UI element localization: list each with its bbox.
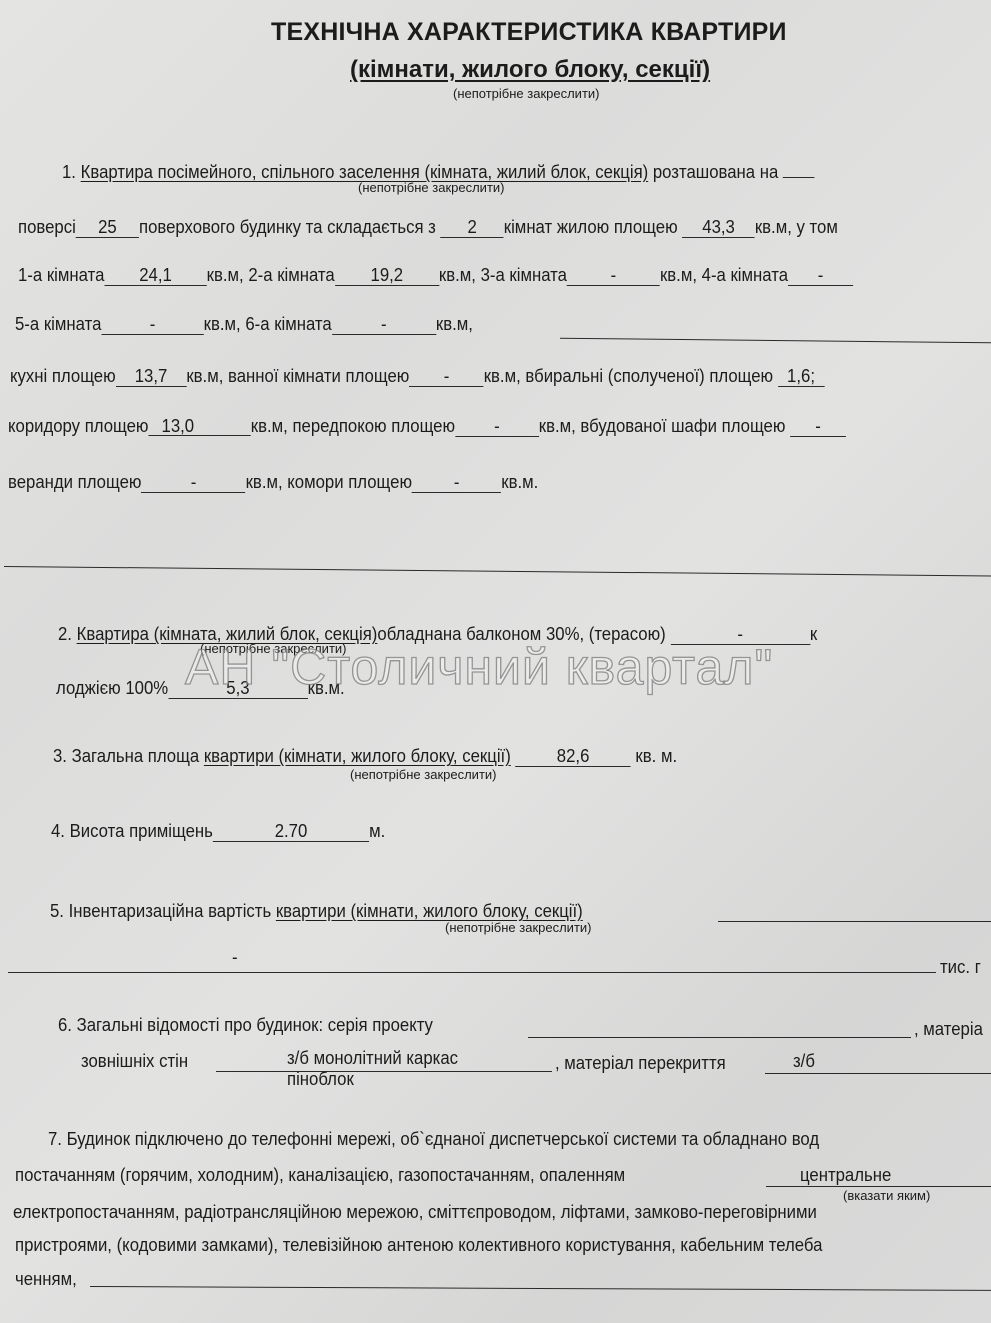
rooms-count-field[interactable]: 2 (441, 217, 504, 238)
floors-total-field[interactable]: 25 (76, 217, 139, 238)
s1-note: (непотрібне закреслити) (358, 180, 505, 195)
room5-field[interactable]: - (101, 314, 203, 335)
floor-label: поверсі (18, 217, 76, 237)
height-field[interactable]: 2.70 (213, 821, 369, 842)
total-area-unit: кв. м. (635, 746, 677, 766)
terrace-unit: к (810, 624, 817, 644)
bathroom-label: кв.м, ванної кімнати площею (186, 366, 409, 386)
s7-extra-line[interactable] (90, 1286, 991, 1291)
heating-note: (вказати яким) (843, 1188, 930, 1203)
s7-line4: пристроями, (кодовими замками), телевізі… (15, 1234, 822, 1256)
room2-field[interactable]: 19,2 (335, 265, 439, 286)
material-label: , матеріа (914, 1018, 983, 1040)
building-label: поверхового будинку та складається з (139, 217, 436, 237)
s1-extra-line (560, 338, 991, 344)
inventory-unit: тис. г (940, 956, 981, 978)
s1-located-label: розташована на (653, 162, 778, 182)
strike-note: (непотрібне закреслити) (453, 86, 600, 101)
pantry-field[interactable]: - (412, 472, 501, 493)
pantry-label: кв.м, комори площею (246, 472, 412, 492)
s7-line1: 7. Будинок підключено до телефонні мереж… (48, 1128, 819, 1150)
room4-label: кв.м, 4-а кімната (660, 265, 788, 285)
floor-field[interactable] (783, 157, 815, 178)
room3-label: кв.м, 3-а кімната (439, 265, 567, 285)
s6-label: 6. Загальні відомості про будинок: серія… (58, 1015, 433, 1035)
document-title: ТЕХНІЧНА ХАРАКТЕРИСТИКА КВАРТИРИ (271, 18, 787, 47)
room6-unit: кв.м, (436, 314, 473, 334)
inventory-value[interactable]: - (232, 946, 238, 968)
section-4: 4. Висота приміщень2.70м. (51, 820, 385, 842)
s3-note: (непотрібне закреслити) (350, 767, 497, 782)
living-area-unit: кв.м, у том (755, 217, 838, 237)
s1-prefix: 1. (62, 162, 76, 182)
room2-label: кв.м, 2-а кімната (207, 265, 335, 285)
kitchen-label: кухні площею (10, 366, 116, 386)
series-field[interactable] (528, 1037, 911, 1038)
toilet-field[interactable]: 1,6; (778, 366, 825, 387)
s2-prefix: 2. (58, 624, 72, 644)
loggia-field[interactable]: 5,3 (168, 678, 308, 699)
document-subtitle: (кімнати, жилого блоку, секції) (350, 56, 710, 84)
s2-note: (непотрібне закреслити) (200, 641, 347, 656)
room5-label: 5-а кімната (15, 314, 101, 334)
s7-line2: постачанням (горячим, холодним), каналіз… (15, 1164, 625, 1186)
s1-bottom-line (4, 566, 991, 577)
inventory-value-line (8, 972, 936, 973)
walls-field-line (216, 1071, 552, 1072)
balcony-label: обладнана балконом 30%, (терасою) (377, 624, 665, 644)
ceiling-field-line (765, 1073, 991, 1074)
veranda-field[interactable]: - (141, 472, 245, 493)
ceiling-label: , матеріал перекриття (555, 1052, 726, 1074)
loggia-unit: кв.м. (308, 678, 345, 698)
room3-field[interactable]: - (567, 265, 660, 286)
s5-label: 5. Інвентаризаційна вартість (50, 901, 271, 921)
living-area-label: кімнат жилою площею (504, 217, 678, 237)
s5-top-line (718, 921, 991, 922)
pantry-unit: кв.м. (501, 472, 538, 492)
room4-field[interactable]: - (788, 265, 853, 286)
room6-label: кв.м, 6-а кімната (204, 314, 332, 334)
s5-object: квартири (кімнати, жилого блоку, секції) (276, 901, 583, 921)
height-unit: м. (369, 821, 385, 841)
room1-label: 1-а кімната (18, 265, 104, 285)
height-label: 4. Висота приміщень (51, 821, 213, 841)
s7-line3: електропостачанням, радіотрансляційною м… (13, 1201, 817, 1223)
closet-field[interactable]: - (790, 416, 846, 437)
corridor-field[interactable]: 13,0 (148, 416, 250, 436)
bathroom-field[interactable]: - (409, 366, 483, 387)
loggia-label: лоджією 100% (56, 678, 168, 698)
s3-object: квартири (кімнати, жилого блоку, секції) (204, 746, 511, 766)
veranda-label: веранди площею (8, 472, 141, 492)
hall-label: кв.м, передпокою площею (251, 416, 455, 436)
ceiling-value[interactable]: з/б (793, 1050, 815, 1072)
s7-line5: ченням, (15, 1268, 77, 1290)
toilet-label: кв.м, вбиральні (сполученої) площею (484, 366, 773, 386)
s1-intro: Квартира посімейного, спільного заселенн… (81, 162, 649, 182)
walls-value-2[interactable]: піноблок (287, 1068, 354, 1090)
heating-field-line (766, 1186, 991, 1187)
kitchen-field[interactable]: 13,7 (116, 366, 187, 387)
room1-field[interactable]: 24,1 (104, 265, 206, 286)
living-area-field[interactable]: 43,3 (682, 217, 755, 238)
closet-label: кв.м, вбудованої шафи площею (539, 416, 786, 436)
s5-note: (непотрібне закреслити) (445, 920, 592, 935)
walls-label: зовнішніх стін (81, 1050, 188, 1072)
room6-field[interactable]: - (332, 314, 436, 335)
walls-value-1[interactable]: з/б монолітний каркас (287, 1047, 458, 1069)
terrace-field[interactable]: - (670, 624, 810, 645)
total-area-field[interactable]: 82,6 (515, 746, 630, 767)
s3-label: 3. Загальна площа (53, 746, 199, 766)
hall-field[interactable]: - (455, 416, 539, 437)
heating-value[interactable]: центральне (800, 1164, 891, 1186)
corridor-label: коридору площею (8, 416, 148, 436)
